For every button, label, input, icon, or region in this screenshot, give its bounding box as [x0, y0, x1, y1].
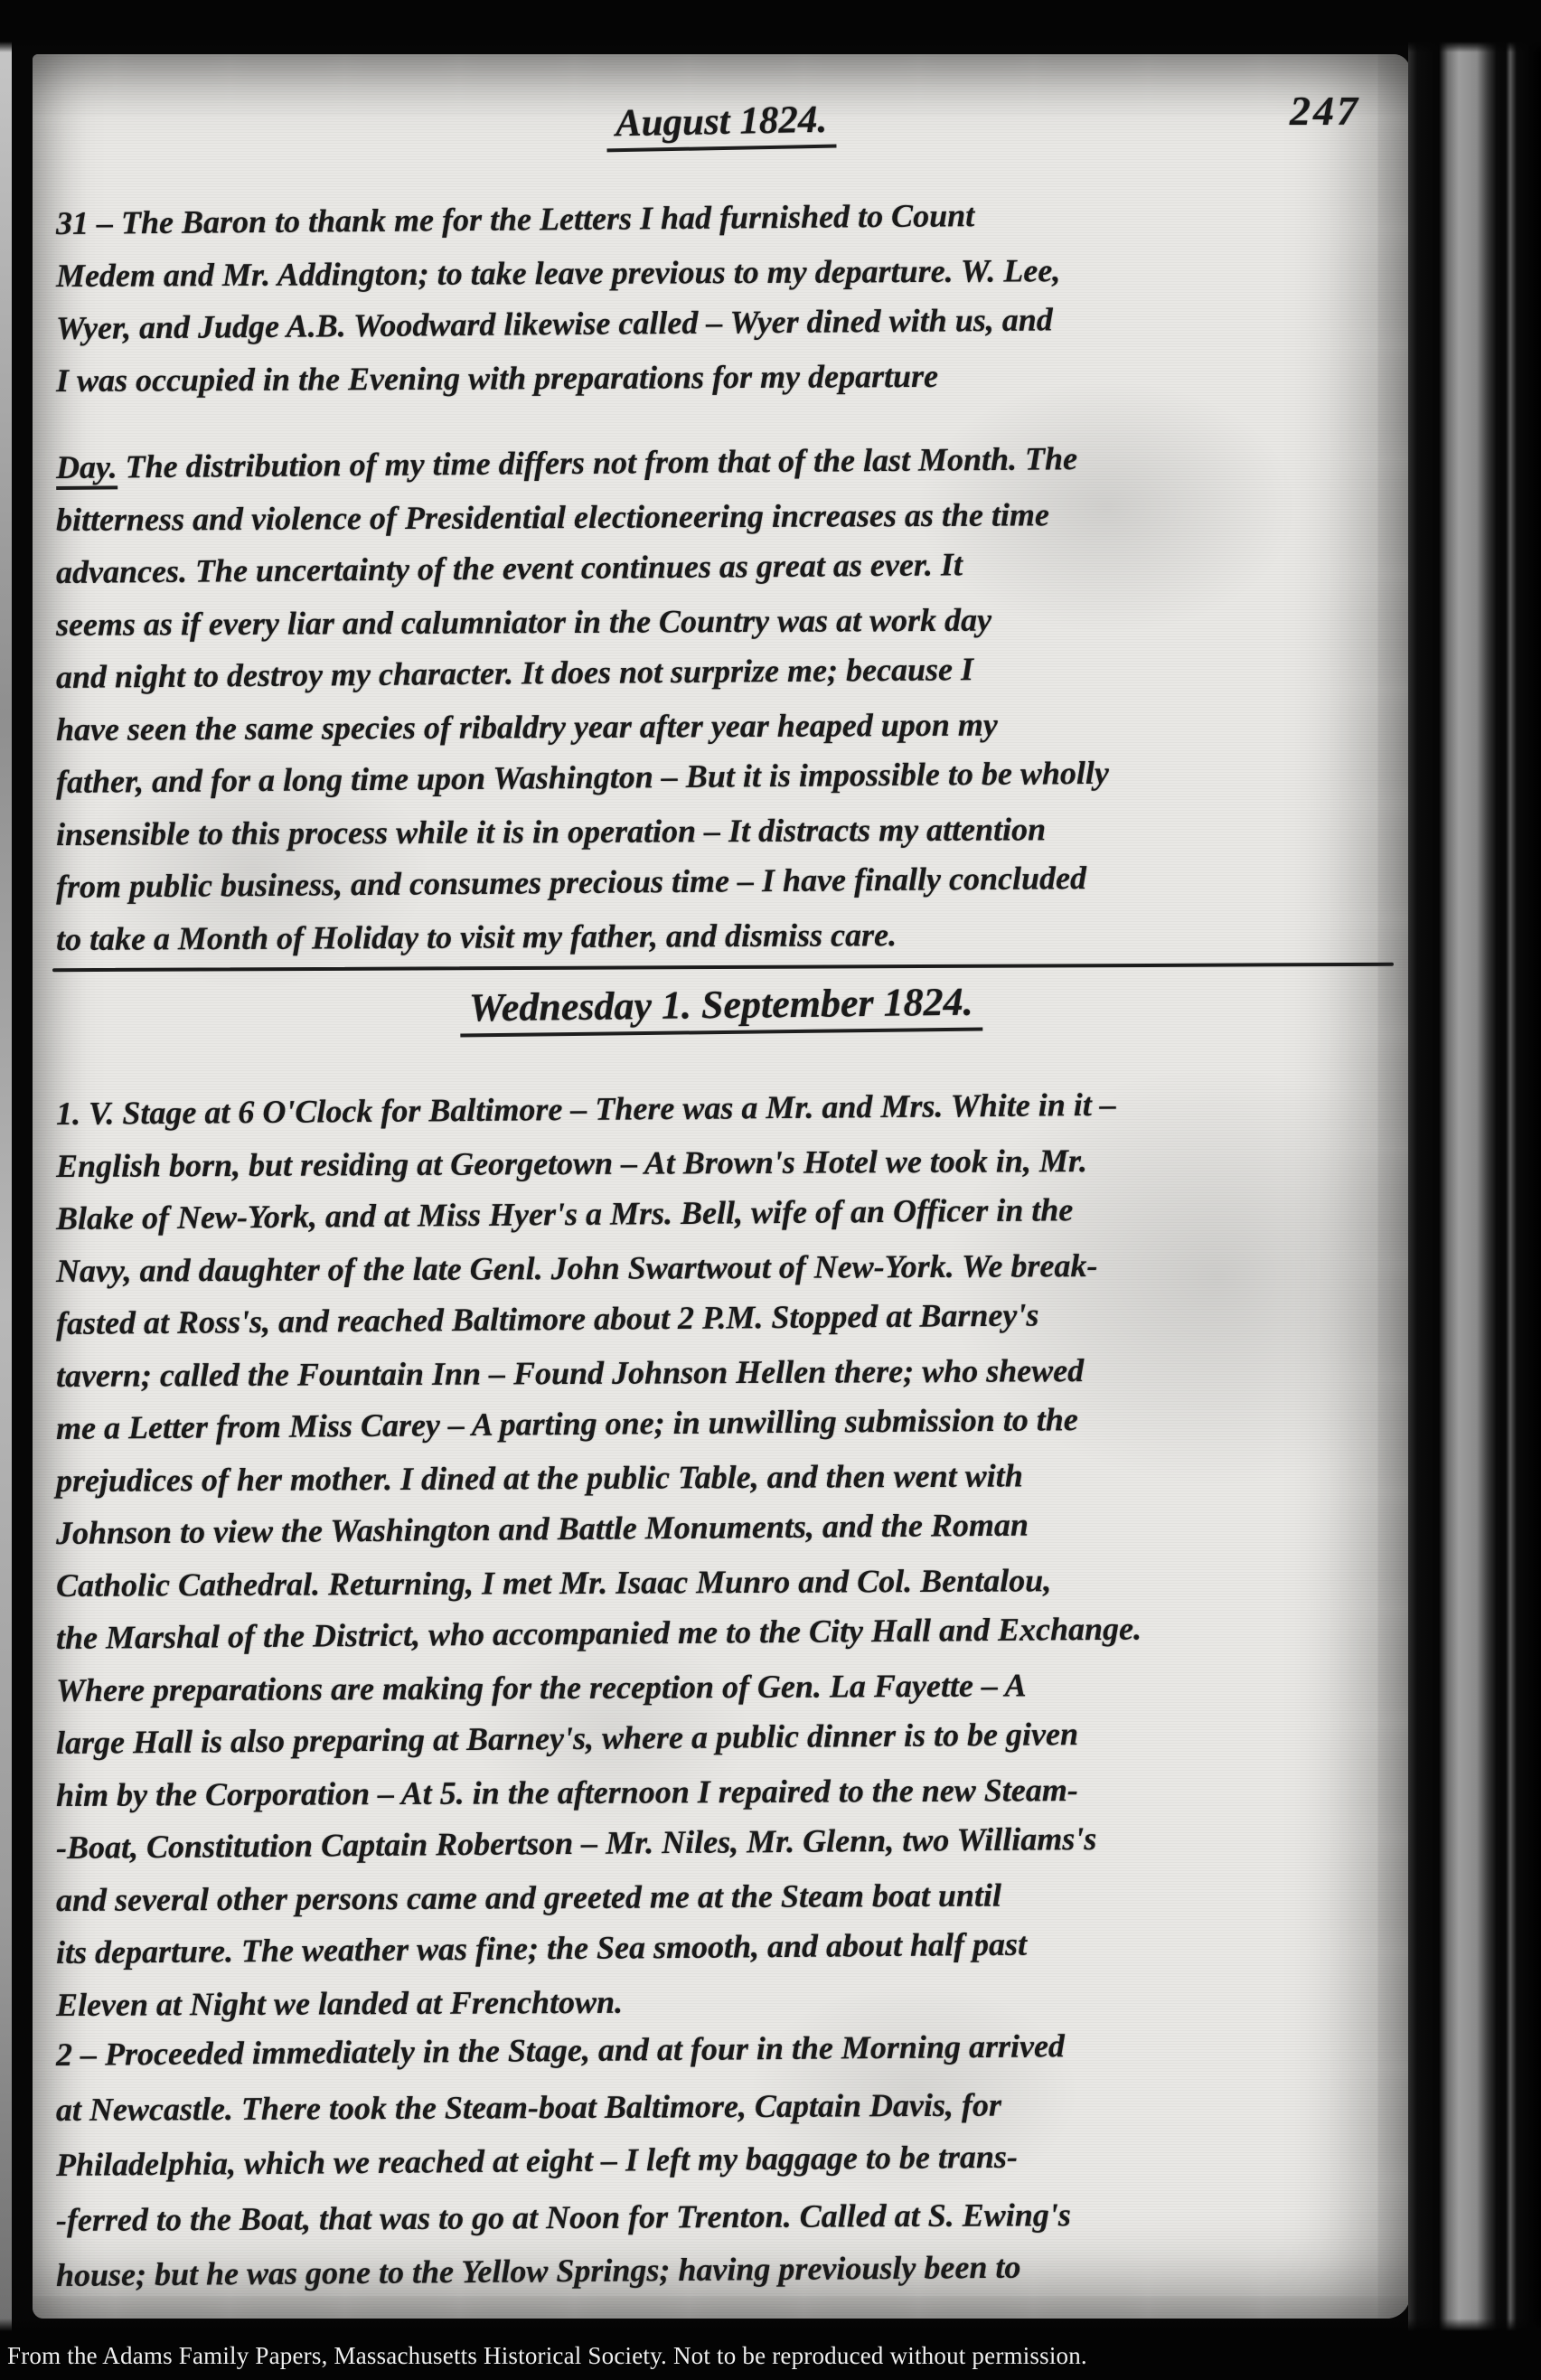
film-frame: 247 August 1824. 31 – The Baron to thank…	[0, 0, 1541, 2380]
book-gutter	[1408, 0, 1541, 2380]
diary-line: fasted at Ross's, and reached Baltimore …	[56, 1285, 1394, 1350]
entry-september-2: 2 – Proceeded immediately in the Stage, …	[56, 2027, 1394, 2303]
august-heading: August 1824.	[33, 99, 1410, 150]
entry-september-1: 1. V. Stage at 6 O'Clock for Baltimore –…	[56, 1087, 1394, 2031]
diary-line: -Boat, Constitution Captain Robertson – …	[56, 1810, 1394, 1874]
diary-line: the Marshal of the District, who accompa…	[56, 1600, 1394, 1664]
september-heading-text: Wednesday 1. September 1824.	[460, 978, 982, 1037]
diary-line: Wyer, and Judge A.B. Woodward likewise c…	[56, 290, 1394, 354]
entry-august-day-summary: Day. The distribution of my time differs…	[56, 441, 1394, 965]
diary-line: 2 – Proceeded immediately in the Stage, …	[56, 2016, 1394, 2083]
diary-line: large Hall is also preparing at Barney's…	[56, 1705, 1394, 1769]
left-film-edge	[0, 0, 12, 2380]
diary-line: father, and for a long time upon Washing…	[56, 744, 1394, 808]
diary-line: and night to destroy my character. It do…	[56, 639, 1394, 703]
diary-line: from public business, and consumes preci…	[56, 849, 1394, 913]
august-heading-text: August 1824.	[606, 98, 836, 153]
diary-line: Blake of New-York, and at Miss Hyer's a …	[56, 1181, 1394, 1245]
film-bottom-band: From the Adams Family Papers, Massachuse…	[0, 2319, 1541, 2380]
film-top-band	[0, 0, 1541, 52]
archive-caption: From the Adams Family Papers, Massachuse…	[7, 2342, 1087, 2370]
diary-line: house; but he was gone to the Yellow Spr…	[56, 2236, 1394, 2303]
september-heading: Wednesday 1. September 1824.	[33, 982, 1410, 1034]
diary-line: Philadelphia, which we reached at eight …	[56, 2126, 1394, 2193]
day-word: Day.	[56, 448, 117, 490]
diary-line: Day. The distribution of my time differs…	[56, 429, 1394, 494]
diary-line: its departure. The weather was fine; the…	[56, 1914, 1394, 1979]
diary-line: I was occupied in the Evening with prepa…	[56, 347, 1394, 407]
manuscript-page: 247 August 1824. 31 – The Baron to thank…	[33, 54, 1410, 2319]
diary-line: 1. V. Stage at 6 O'Clock for Baltimore –…	[56, 1076, 1394, 1140]
diary-line: Johnson to view the Washington and Battl…	[56, 1495, 1394, 1559]
entry-august-31: 31 – The Baron to thank me for the Lette…	[56, 197, 1394, 407]
diary-line: advances. The uncertainty of the event c…	[56, 534, 1394, 598]
diary-line: me a Letter from Miss Carey – A parting …	[56, 1390, 1394, 1454]
diary-line-text: The distribution of my time differs not …	[125, 440, 1077, 484]
diary-line: 31 – The Baron to thank me for the Lette…	[56, 185, 1394, 249]
diary-line: to take a Month of Holiday to visit my f…	[56, 906, 1394, 965]
